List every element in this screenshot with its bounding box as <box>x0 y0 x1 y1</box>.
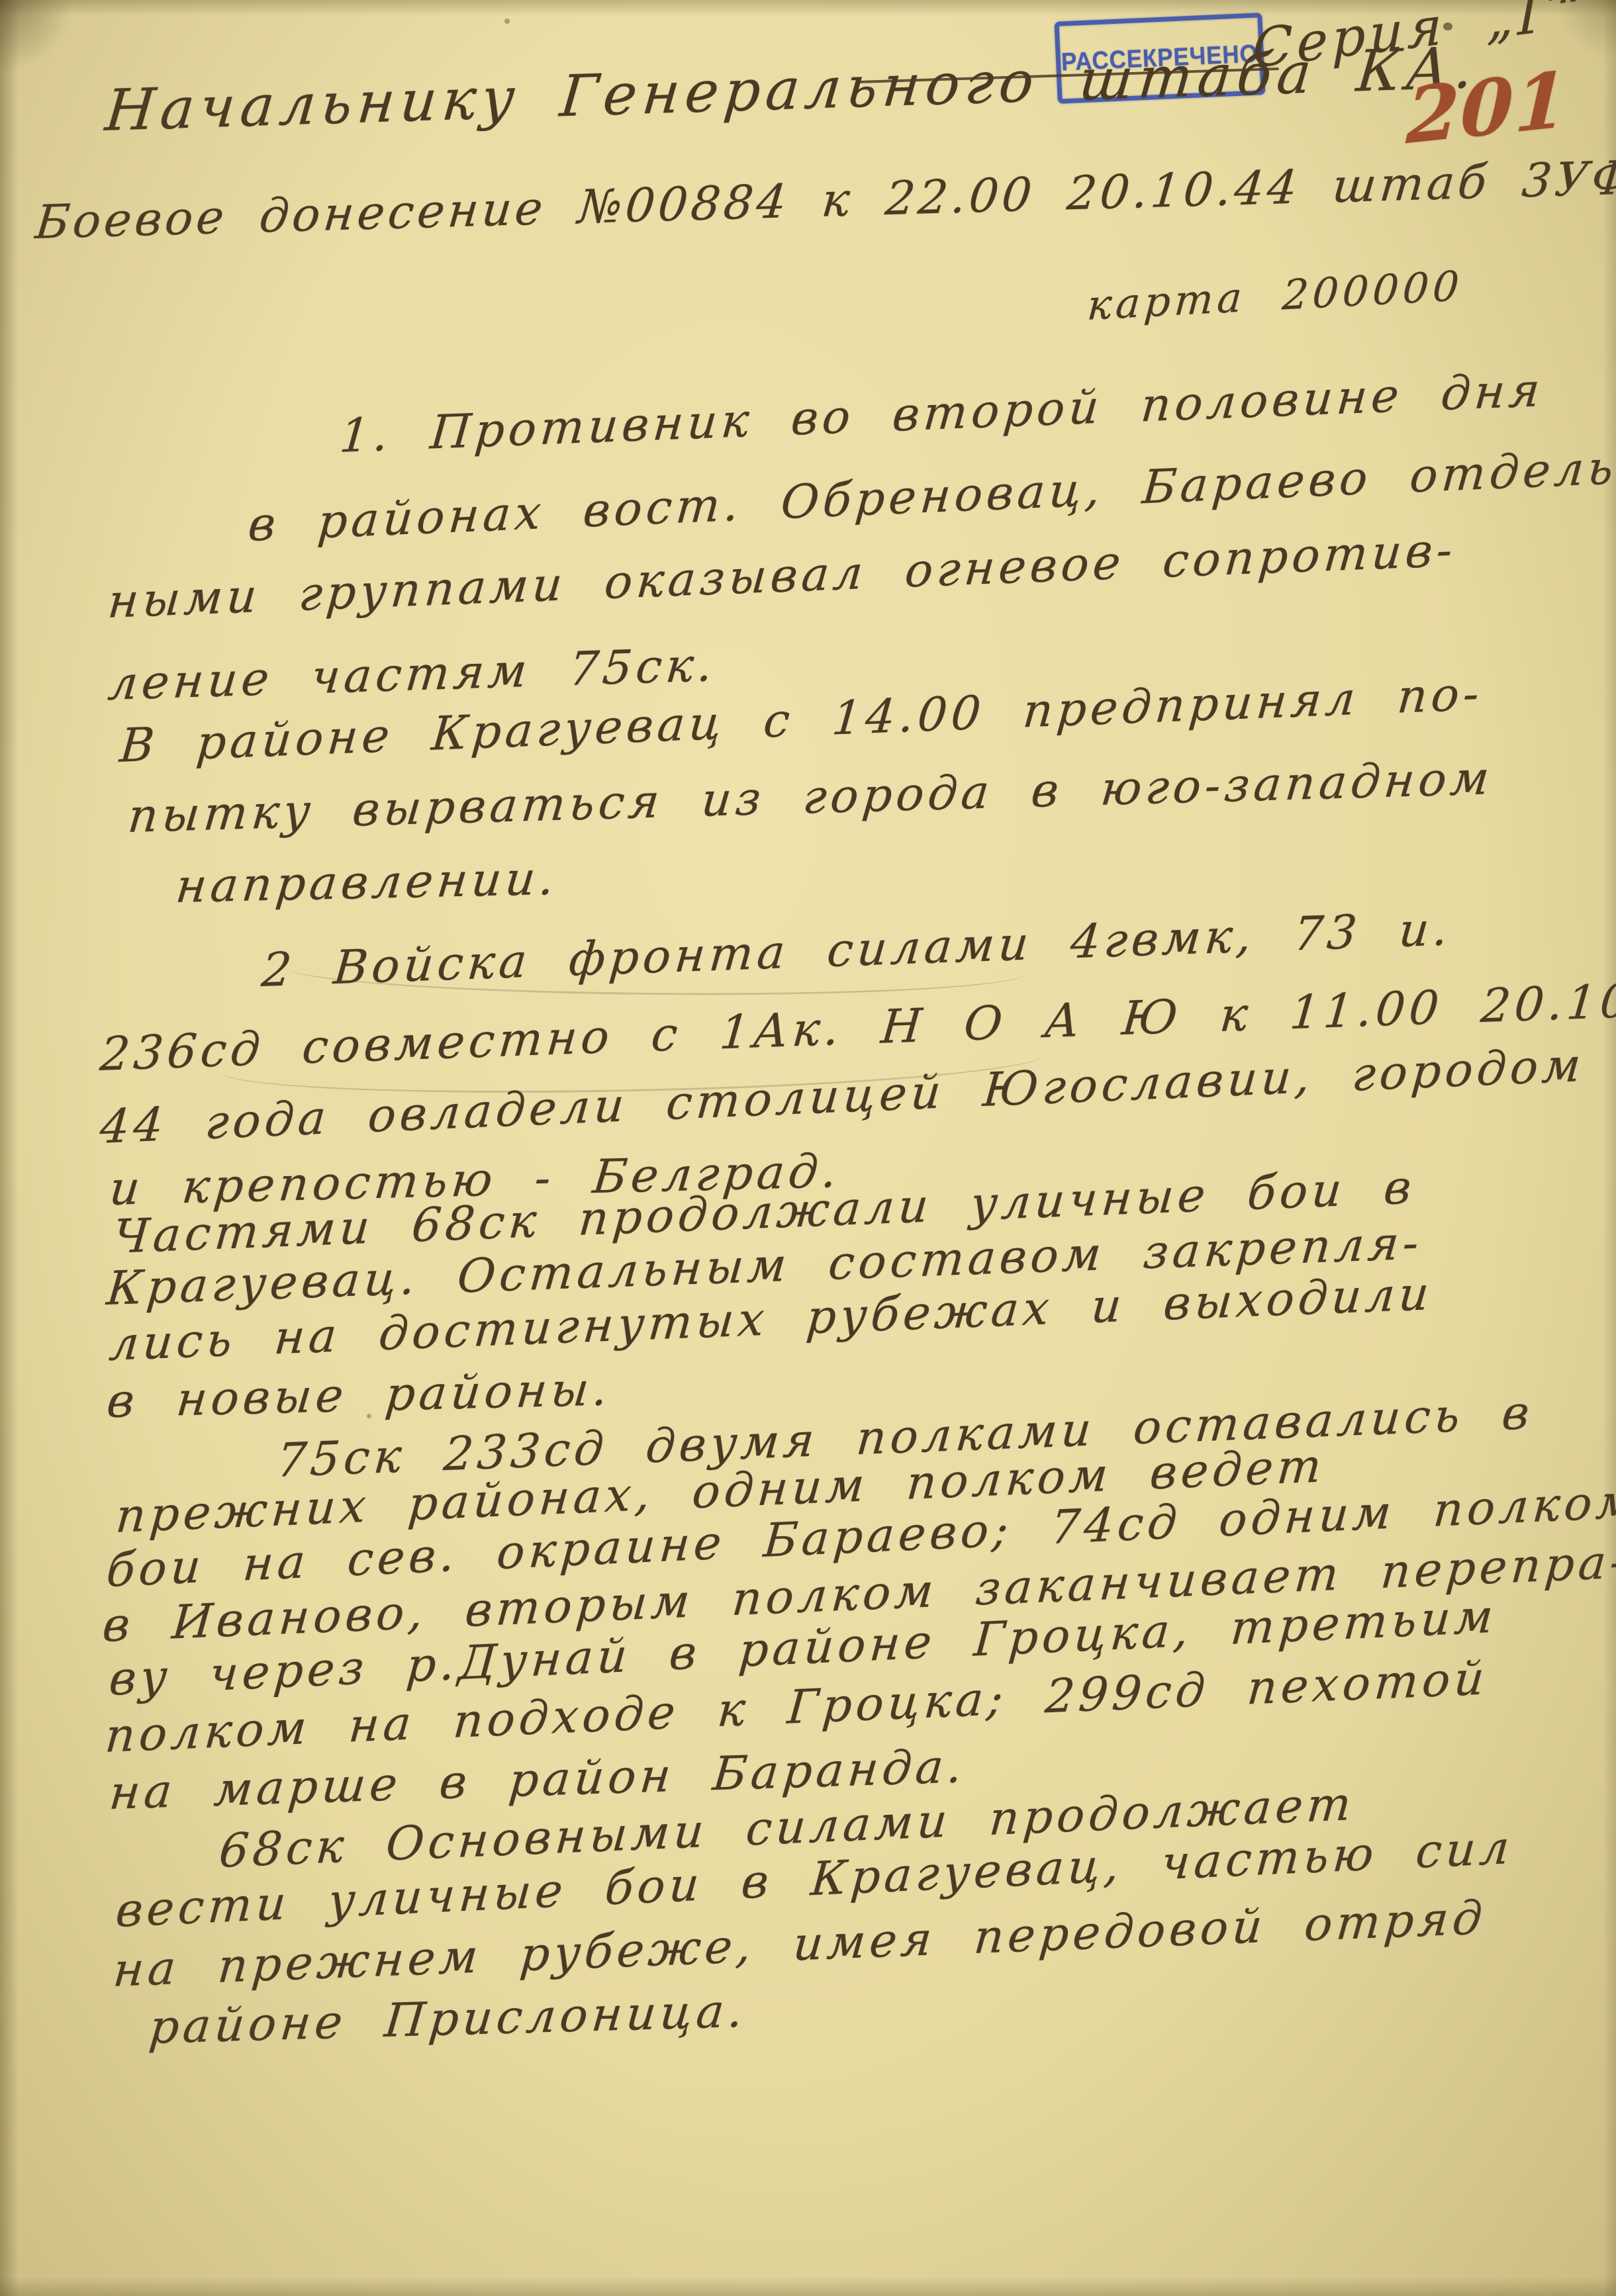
handwritten-line: направлении. <box>173 851 561 913</box>
addressee-line: Начальнику Генерального штаба КА. <box>103 35 1481 144</box>
ink-speck <box>504 19 510 24</box>
page-number: 201 <box>1405 55 1570 162</box>
handwritten-line: районе Прислоница. <box>147 1984 749 2054</box>
handwritten-line: в новые районы. <box>105 1361 614 1428</box>
document-page: РАССЕКРЕЧЕНО Серия „Г“ Начальнику Генера… <box>0 0 1616 2296</box>
report-title-line: Боевое донесение №00884 к 22.00 20.10.44… <box>33 150 1616 250</box>
handwritten-line: 1. Противник во второй половине дня <box>338 363 1546 463</box>
map-scale-line: карта 200000 <box>1086 261 1464 330</box>
